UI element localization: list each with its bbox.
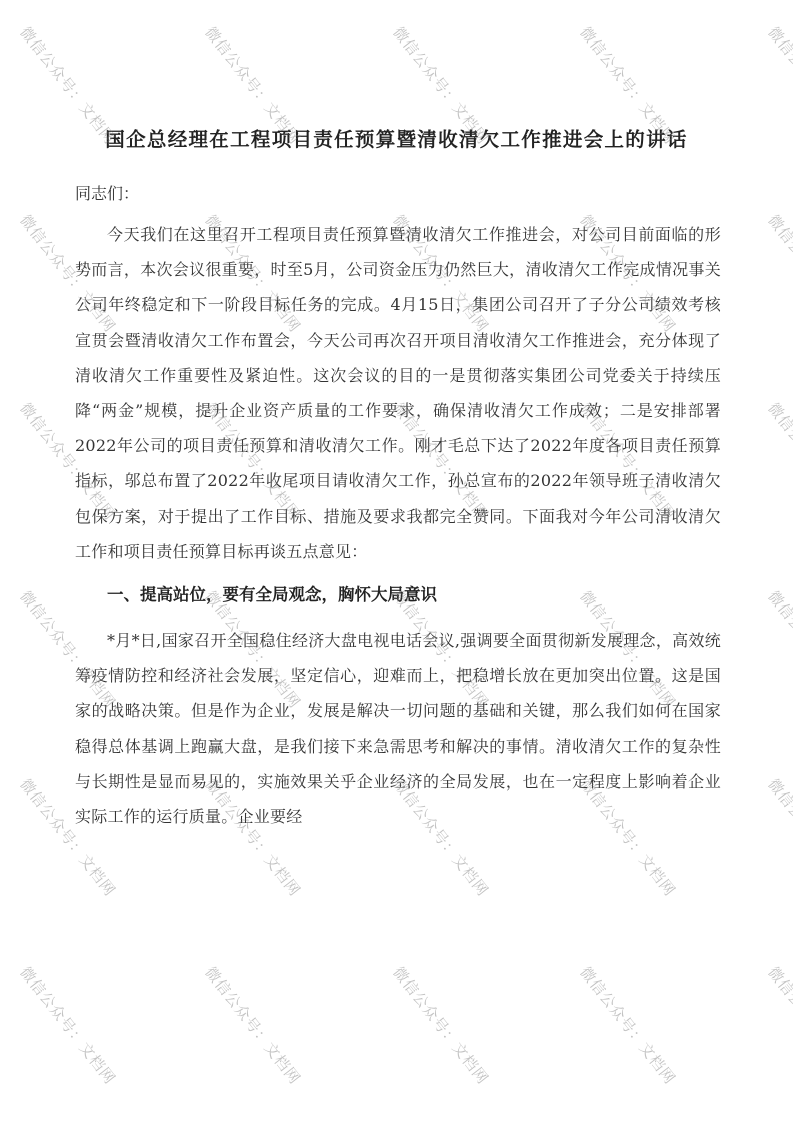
salutation: 同志们： xyxy=(75,176,721,211)
section-heading: 一、提高站位，要有全局观念，胸怀大局意识 xyxy=(75,575,721,615)
document-title: 国企总经理在工程项目责任预算暨清收清欠工作推进会上的讲话 xyxy=(0,124,793,152)
watermark: 微信公众号：文档网 xyxy=(763,774,793,900)
watermark: 微信公众号：文档网 xyxy=(575,962,680,1088)
watermark: 微信公众号：文档网 xyxy=(200,962,305,1088)
watermark: 微信公众号：文档网 xyxy=(763,210,793,336)
document-page: 国企总经理在工程项目责任预算暨清收清欠工作推进会上的讲话 同志们： 今天我们在这… xyxy=(0,0,793,1122)
watermark: 微信公众号：文档网 xyxy=(388,962,493,1088)
watermark: 微信公众号：文档网 xyxy=(763,398,793,524)
document-body: 同志们： 今天我们在这里召开工程项目责任预算暨清收清欠工作推进会，对公司目前面临… xyxy=(75,176,721,834)
section-paragraph: *月*日,国家召开全国稳住经济大盘电视电话会议,强调要全面贯彻新发展理念，高效统… xyxy=(75,623,721,834)
watermark: 微信公众号：文档网 xyxy=(15,962,120,1088)
intro-paragraph: 今天我们在这里召开工程项目责任预算暨清收清欠工作推进会，对公司目前面临的形势而言… xyxy=(75,217,721,569)
watermark: 微信公众号：文档网 xyxy=(763,962,793,1088)
watermark: 微信公众号：文档网 xyxy=(763,586,793,712)
